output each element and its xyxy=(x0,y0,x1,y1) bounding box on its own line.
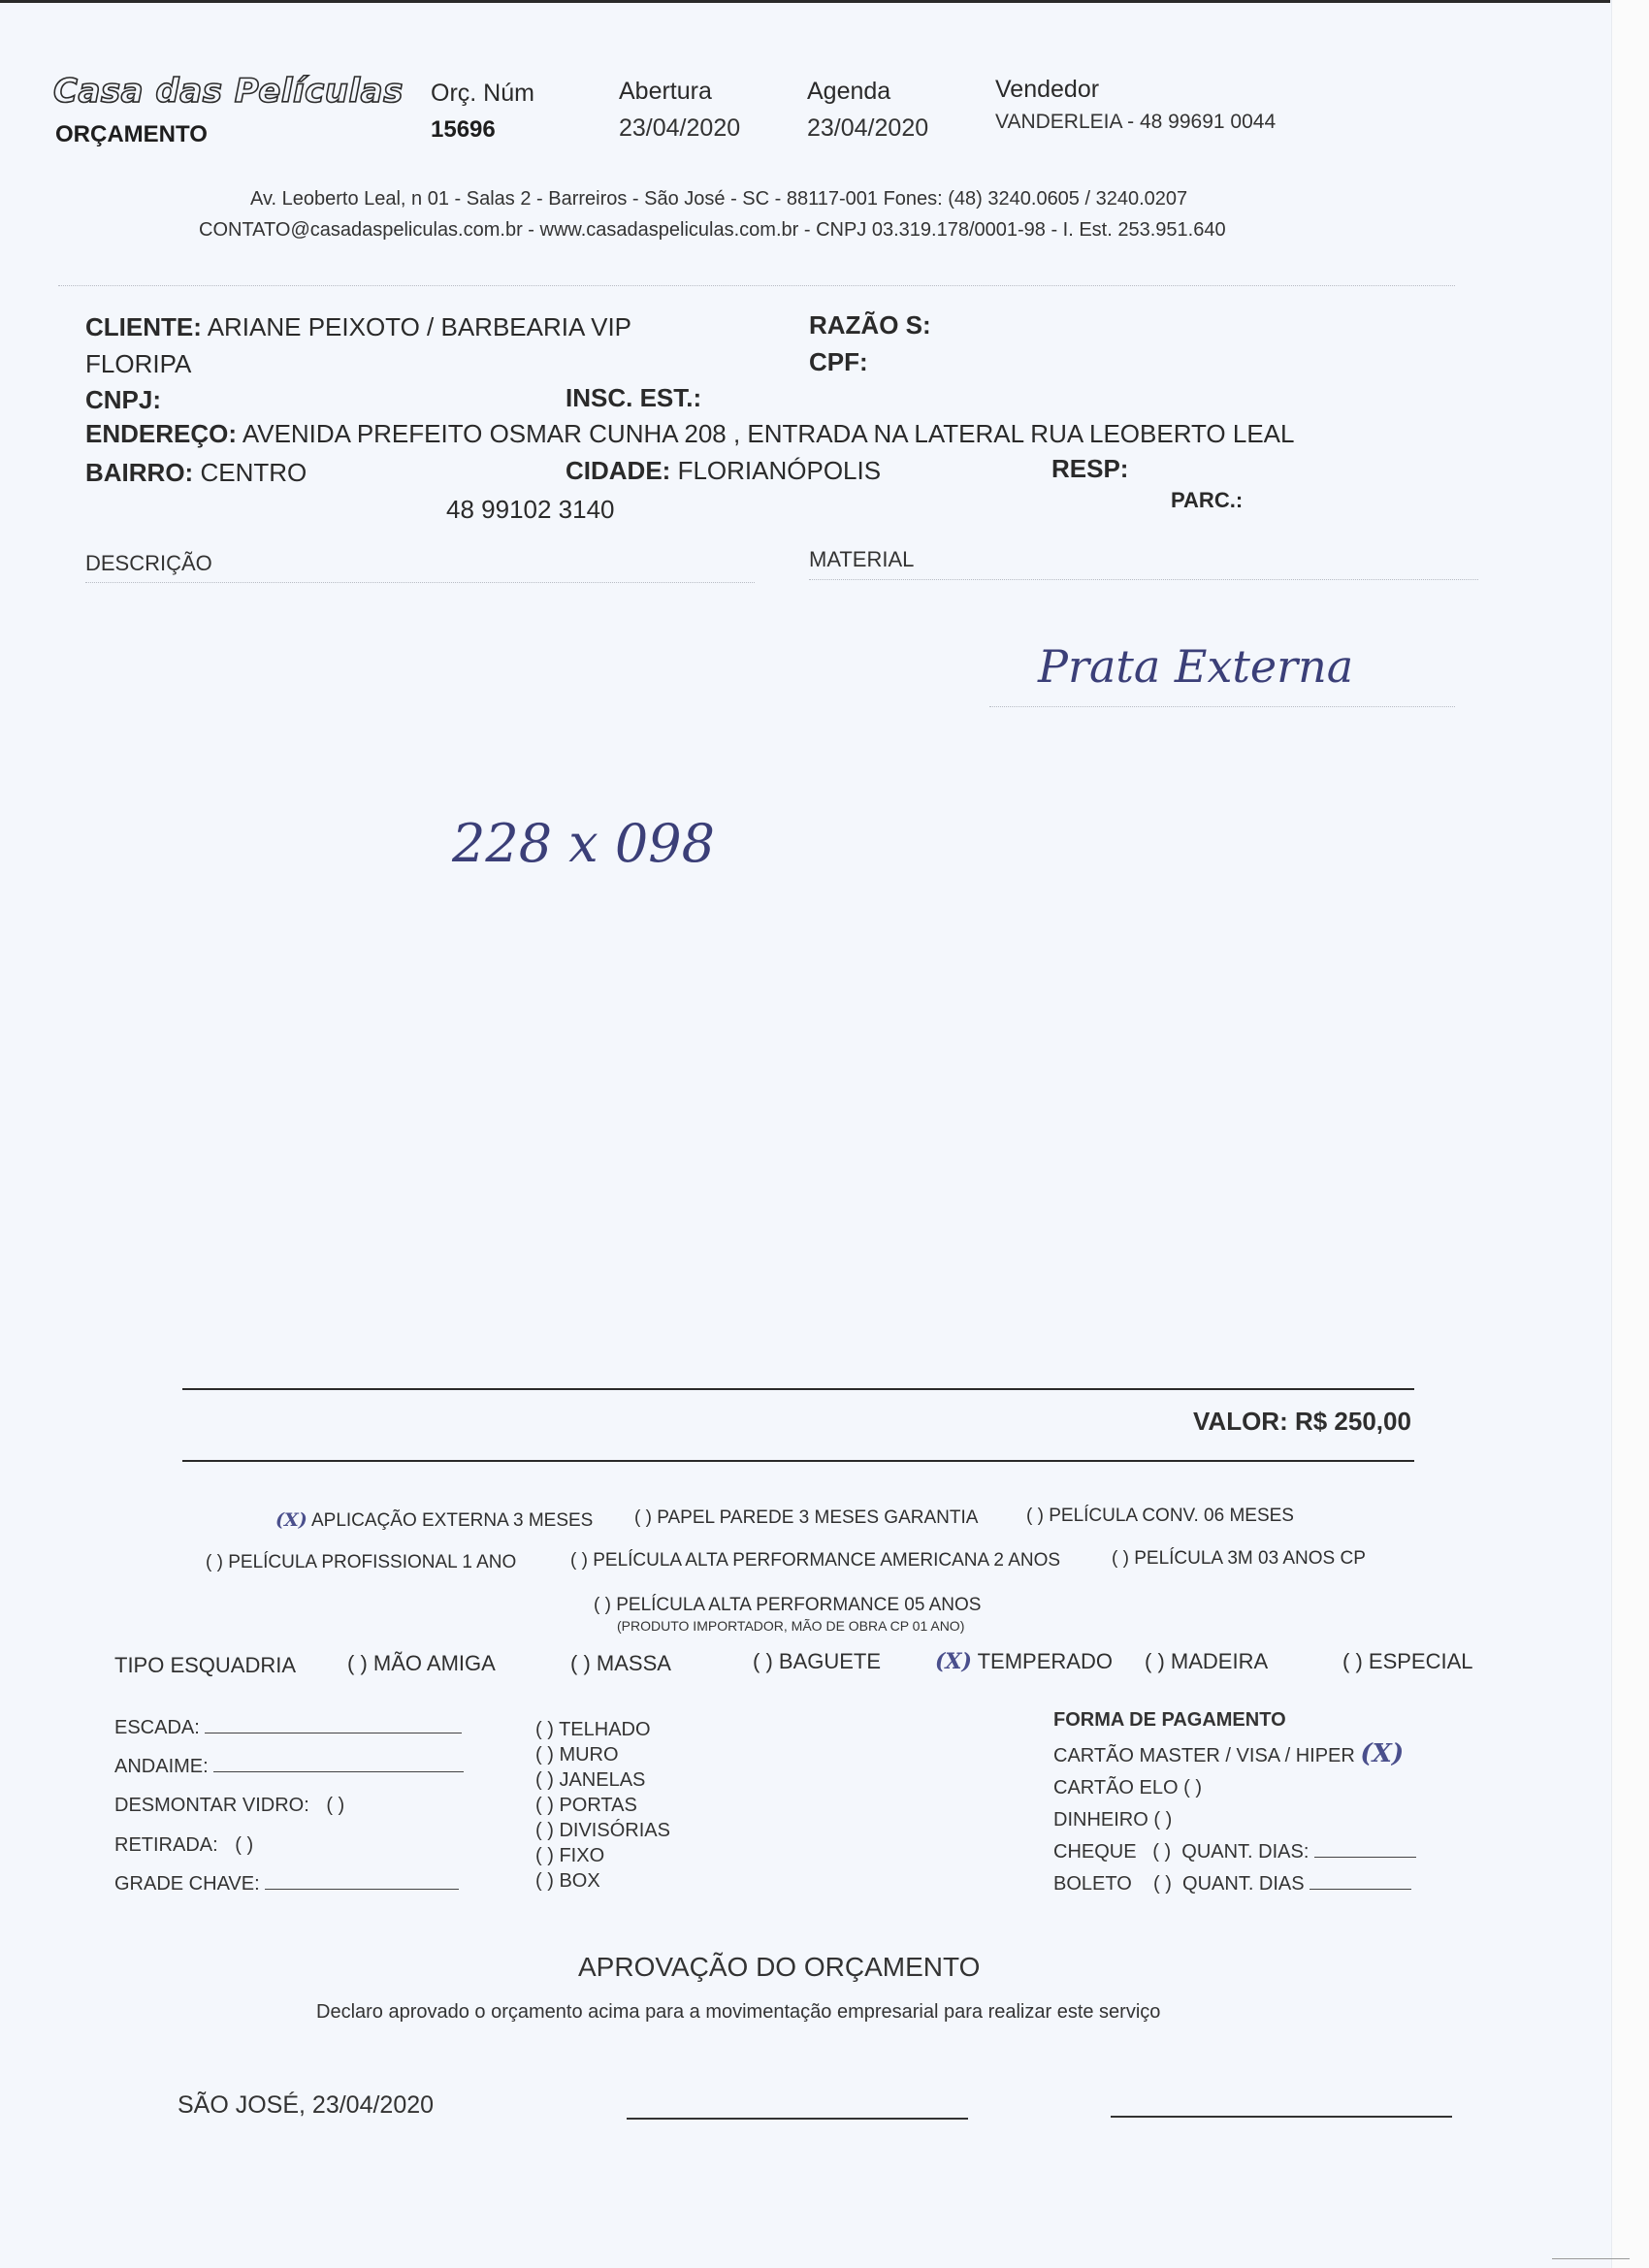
material-label: MATERIAL xyxy=(809,547,914,572)
checkbox-empty-icon: ( ) xyxy=(753,1649,773,1673)
company-signature-line[interactable] xyxy=(1111,2116,1452,2118)
esquadria-label: TIPO ESQUADRIA xyxy=(114,1653,296,1678)
grade-chave-field[interactable]: GRADE CHAVE: xyxy=(114,1871,459,1896)
checkbox-empty-icon: ( ) xyxy=(1153,1809,1172,1831)
checkbox-empty-icon: ( ) xyxy=(1145,1649,1165,1673)
checkbox-checked-icon: (X) xyxy=(275,1509,307,1531)
checkbox-checked-icon: (X) xyxy=(1360,1739,1404,1768)
esquadria-option[interactable]: ( ) MASSA xyxy=(570,1651,671,1676)
endereco-field: ENDEREÇO: AVENIDA PREFEITO OSMAR CUNHA 2… xyxy=(85,419,1294,449)
escada-field[interactable]: ESCADA: xyxy=(114,1715,462,1740)
location-option[interactable]: ( ) PORTAS xyxy=(535,1793,670,1818)
city-date: SÃO JOSÉ, 23/04/2020 xyxy=(178,2091,434,2120)
endereco-value: AVENIDA PREFEITO OSMAR CUNHA 208 , ENTRA… xyxy=(242,419,1295,448)
insc-label: INSC. EST.: xyxy=(566,383,701,412)
cpf-label: CPF: xyxy=(809,347,868,376)
orc-num-label: Orç. Núm xyxy=(431,80,534,108)
cidade-value: FLORIANÓPOLIS xyxy=(678,456,882,485)
location-option[interactable]: ( ) MURO xyxy=(535,1742,670,1767)
client-phone: 48 99102 3140 xyxy=(446,495,615,525)
service-option[interactable]: ( ) PELÍCULA 3M 03 ANOS CP xyxy=(1112,1548,1366,1570)
location-option[interactable]: ( ) BOX xyxy=(535,1868,670,1894)
approval-title: APROVAÇÃO DO ORÇAMENTO xyxy=(578,1952,980,1983)
location-option[interactable]: ( ) FIXO xyxy=(535,1843,670,1868)
service-option[interactable]: (X) APLICAÇÃO EXTERNA 3 MESES xyxy=(275,1509,593,1532)
checkbox-empty-icon[interactable]: ( ) xyxy=(326,1795,344,1816)
payment-option[interactable]: CARTÃO ELO ( ) xyxy=(1053,1772,1416,1804)
total-value: VALOR: R$ 250,00 xyxy=(1193,1407,1411,1437)
esquadria-option[interactable]: ( ) MÃO AMIGA xyxy=(347,1651,496,1676)
descricao-divider xyxy=(85,582,755,583)
esquadria-option[interactable]: ( ) MADEIRA xyxy=(1145,1649,1268,1674)
document-title: ORÇAMENTO xyxy=(55,121,208,148)
total-top-rule xyxy=(182,1388,1414,1390)
checkbox-empty-icon: ( ) xyxy=(1183,1777,1202,1798)
insc-field: INSC. EST.: xyxy=(566,383,701,413)
bairro-label: BAIRRO: xyxy=(85,458,193,487)
location-option[interactable]: ( ) TELHADO xyxy=(535,1717,670,1742)
service-option[interactable]: ( ) PAPEL PAREDE 3 MESES GARANTIA xyxy=(634,1507,978,1529)
checkbox-empty-icon: ( ) xyxy=(535,1845,554,1866)
agenda-label: Agenda xyxy=(807,78,890,106)
checkbox-empty-icon: ( ) xyxy=(1112,1548,1129,1569)
payment-option[interactable]: CARTÃO MASTER / VISA / HIPER (X) xyxy=(1053,1738,1416,1772)
locations-list: ( ) TELHADO ( ) MURO ( ) JANELAS ( ) POR… xyxy=(535,1717,670,1894)
abertura-value: 23/04/2020 xyxy=(619,114,740,143)
checkbox-empty-icon: ( ) xyxy=(1153,1873,1172,1895)
cliente-field: CLIENTE: ARIANE PEIXOTO / BARBEARIA VIP xyxy=(85,312,631,342)
grade-chave-blank[interactable] xyxy=(265,1889,459,1890)
esquadria-option[interactable]: (X) TEMPERADO xyxy=(935,1649,1113,1674)
scan-bottom-mark xyxy=(1552,2258,1630,2259)
cidade-field: CIDADE: FLORIANÓPOLIS xyxy=(566,456,881,486)
material-underline xyxy=(989,706,1455,707)
checkbox-empty-icon: ( ) xyxy=(535,1870,554,1892)
checkbox-empty-icon[interactable]: ( ) xyxy=(235,1834,253,1856)
descricao-label: DESCRIÇÃO xyxy=(85,551,212,576)
cliente-value-line2: FLORIPA xyxy=(85,349,191,379)
service-option[interactable]: ( ) PELÍCULA ALTA PERFORMANCE AMERICANA … xyxy=(570,1550,1060,1571)
scan-top-edge xyxy=(0,0,1610,3)
checkbox-empty-icon: ( ) xyxy=(594,1595,611,1615)
desmontar-vidro-field[interactable]: DESMONTAR VIDRO: ( ) xyxy=(114,1793,344,1818)
company-contact: CONTATO@casadaspeliculas.com.br - www.ca… xyxy=(199,219,1226,242)
service-note: (PRODUTO IMPORTADOR, MÃO DE OBRA CP 01 A… xyxy=(617,1618,964,1634)
razao-field: RAZÃO S: xyxy=(809,310,931,340)
retirada-field[interactable]: RETIRADA: ( ) xyxy=(114,1832,253,1858)
company-address: Av. Leoberto Leal, n 01 - Salas 2 - Barr… xyxy=(250,188,1187,211)
resp-field: RESP: xyxy=(1051,454,1128,484)
parc-label: PARC.: xyxy=(1171,488,1243,512)
cidade-label: CIDADE: xyxy=(566,456,670,485)
cnpj-field: CNPJ: xyxy=(85,385,161,415)
abertura-label: Abertura xyxy=(619,78,712,106)
checkbox-empty-icon: ( ) xyxy=(535,1769,554,1791)
checkbox-empty-icon: ( ) xyxy=(535,1795,554,1816)
checkbox-empty-icon: ( ) xyxy=(1342,1649,1363,1673)
cliente-label: CLIENTE: xyxy=(85,312,202,341)
checkbox-empty-icon: ( ) xyxy=(570,1550,588,1571)
service-option[interactable]: ( ) PELÍCULA CONV. 06 MESES xyxy=(1026,1506,1294,1527)
esquadria-option[interactable]: ( ) ESPECIAL xyxy=(1342,1649,1473,1674)
payment-title: FORMA DE PAGAMENTO xyxy=(1053,1707,1286,1733)
razao-label: RAZÃO S: xyxy=(809,310,931,340)
checkbox-empty-icon: ( ) xyxy=(535,1744,554,1766)
boleto-days-blank[interactable] xyxy=(1309,1889,1411,1890)
checkbox-empty-icon: ( ) xyxy=(206,1552,223,1572)
header-divider xyxy=(58,285,1455,286)
checkbox-empty-icon: ( ) xyxy=(535,1820,554,1841)
cpf-field: CPF: xyxy=(809,347,868,377)
service-option[interactable]: ( ) PELÍCULA PROFISSIONAL 1 ANO xyxy=(206,1552,516,1573)
escada-blank[interactable] xyxy=(205,1733,462,1733)
client-signature-line[interactable] xyxy=(627,2118,968,2120)
checkbox-empty-icon: ( ) xyxy=(1026,1506,1044,1526)
material-handwritten: Prata Externa xyxy=(1038,640,1353,693)
location-option[interactable]: ( ) DIVISÓRIAS xyxy=(535,1818,670,1843)
checkbox-empty-icon: ( ) xyxy=(570,1651,591,1675)
orc-num-value: 15696 xyxy=(431,116,496,144)
vendedor-label: Vendedor xyxy=(995,76,1099,104)
bairro-value: CENTRO xyxy=(200,458,307,487)
cheque-days-blank[interactable] xyxy=(1314,1857,1416,1858)
material-divider xyxy=(809,579,1478,580)
scan-right-margin xyxy=(1611,0,1649,2268)
descricao-handwritten: 228 x 098 xyxy=(452,813,715,874)
esquadria-option[interactable]: ( ) BAGUETE xyxy=(753,1649,881,1674)
checkbox-empty-icon: ( ) xyxy=(1152,1841,1171,1863)
resp-label: RESP: xyxy=(1051,454,1128,483)
payment-options: CARTÃO MASTER / VISA / HIPER (X) CARTÃO … xyxy=(1053,1738,1416,1900)
cliente-value: ARIANE PEIXOTO / BARBEARIA VIP xyxy=(208,312,631,341)
bairro-field: BAIRRO: CENTRO xyxy=(85,458,307,488)
location-option[interactable]: ( ) JANELAS xyxy=(535,1767,670,1793)
company-logo: Casa das Películas xyxy=(53,72,404,111)
vendedor-value: VANDERLEIA - 48 99691 0044 xyxy=(995,111,1276,134)
approval-text: Declaro aprovado o orçamento acima para … xyxy=(316,2001,1160,2024)
andaime-blank[interactable] xyxy=(213,1771,464,1772)
checkbox-empty-icon: ( ) xyxy=(634,1507,652,1528)
agenda-value: 23/04/2020 xyxy=(807,114,928,143)
parc-field: PARC.: xyxy=(1171,488,1243,513)
service-option[interactable]: ( ) PELÍCULA ALTA PERFORMANCE 05 ANOS xyxy=(594,1595,981,1616)
andaime-field[interactable]: ANDAIME: xyxy=(114,1754,464,1779)
payment-option[interactable]: BOLETO ( ) QUANT. DIAS xyxy=(1053,1868,1416,1900)
checkbox-empty-icon: ( ) xyxy=(347,1651,368,1675)
total-bottom-rule xyxy=(182,1460,1414,1462)
endereco-label: ENDEREÇO: xyxy=(85,419,237,448)
checkbox-checked-icon: (X) xyxy=(935,1649,972,1674)
cnpj-label: CNPJ: xyxy=(85,385,161,414)
payment-option[interactable]: DINHEIRO ( ) xyxy=(1053,1804,1416,1836)
payment-option[interactable]: CHEQUE ( ) QUANT. DIAS: xyxy=(1053,1836,1416,1868)
checkbox-empty-icon: ( ) xyxy=(535,1719,554,1740)
